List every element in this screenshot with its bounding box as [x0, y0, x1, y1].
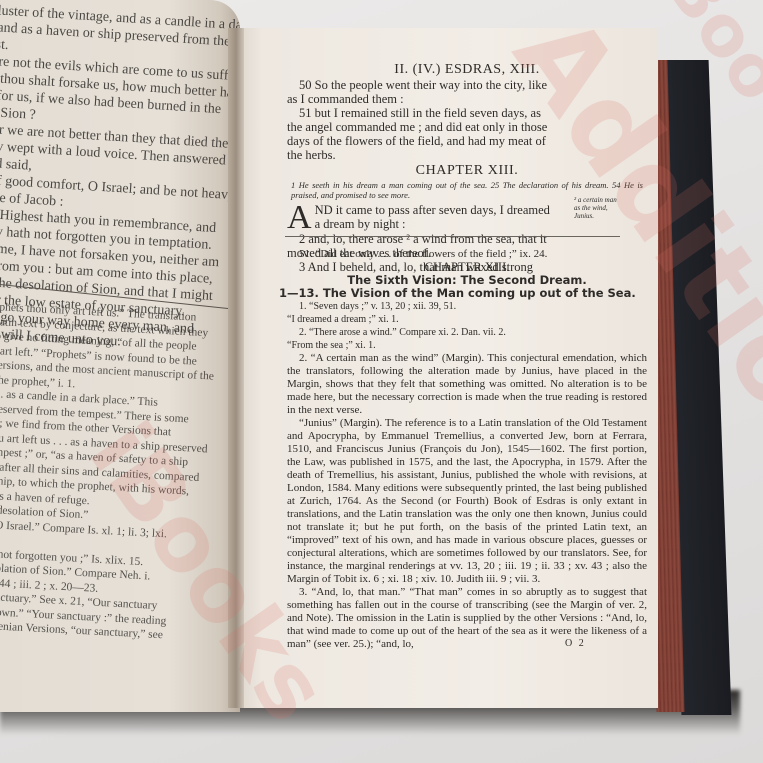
commentary-line: 2. “There arose a wind.” Compare xi. 2. …: [287, 326, 647, 339]
verse-line: the herbs.: [287, 148, 647, 162]
commentary-paragraph: “Junius” (Margin). The reference is to a…: [287, 417, 647, 586]
commentary-line: 1. “Seven days ;” v. 13, 20 ; xii. 39, 5…: [287, 300, 647, 313]
verse-line: 2 and, lo, there arose ² a wind from the…: [287, 232, 572, 246]
commentary: 51. “Did eat only . . . of the flowers o…: [287, 248, 647, 651]
commentary-paragraph: 3. “And, lo, that man.” “That man” comes…: [287, 586, 647, 651]
photo-scene: cluster of the vintage, and as a candle …: [0, 0, 763, 763]
drop-cap: A: [287, 204, 312, 232]
verse-line: as I commanded them :: [287, 92, 647, 106]
book-gutter: [228, 28, 244, 708]
commentary-line: “I dreamed a dream ;” xi. 1.: [287, 313, 647, 326]
verses-top: 50 So the people went their way into the…: [287, 78, 647, 274]
text-commentary-divider: [285, 236, 620, 237]
verse-line: days of the flowers of the field, and ha…: [287, 134, 647, 148]
chapter-heading: CHAPTER XIII.: [287, 164, 647, 178]
section-title: 1—13. The Vision of the Man coming up ou…: [279, 287, 647, 300]
commentary-line: “From the sea ;” xi. 1.: [287, 339, 647, 352]
running-head: II. (IV.) ESDRAS, XIII.: [287, 62, 647, 78]
signature-mark: O 2: [565, 638, 586, 649]
commentary-paragraph: 2. “A certain man as the wind” (Margin).…: [287, 352, 647, 417]
verse-line: 51 but I remained still in the field sev…: [287, 106, 647, 120]
verse-line: the angel commanded me ; and did eat onl…: [287, 120, 647, 134]
verse-line: 50 So the people went their way into the…: [287, 78, 647, 92]
left-page-commentary: ophets thou only art left us.” The trans…: [0, 300, 240, 646]
margin-note: ² a certain man as the wind, Junius.: [574, 196, 618, 220]
left-page: cluster of the vintage, and as a candle …: [0, 0, 240, 712]
